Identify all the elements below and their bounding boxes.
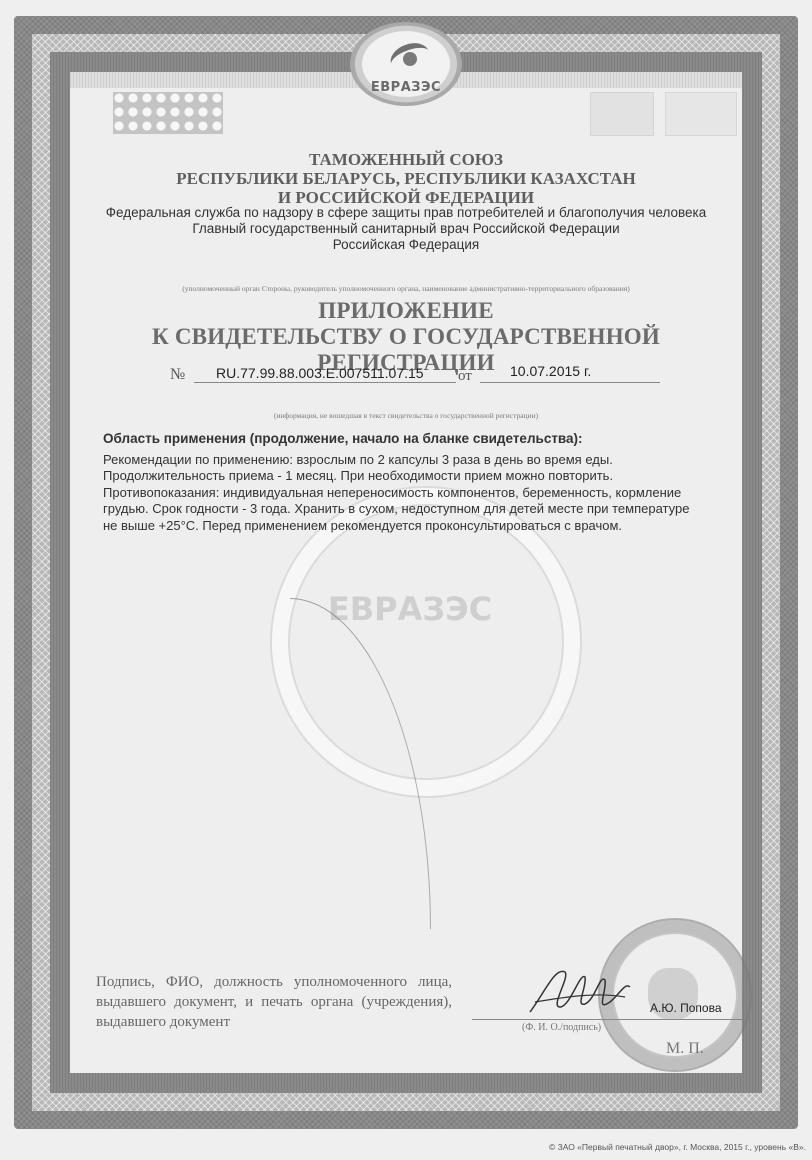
registration-number: RU.77.99.88.003.E.007511.07.15 bbox=[216, 365, 424, 381]
authority-line: Федеральная служба по надзору в сфере за… bbox=[70, 205, 742, 221]
union-line: РЕСПУБЛИКИ БЕЛАРУСЬ, РЕСПУБЛИКИ КАЗАХСТА… bbox=[70, 169, 742, 188]
registration-line: № RU.77.99.88.003.E.007511.07.15 от 10.0… bbox=[170, 365, 660, 385]
title-line: ПРИЛОЖЕНИЕ bbox=[70, 298, 742, 324]
scope-line: не выше +25°С. Перед применением рекомен… bbox=[103, 518, 743, 535]
scope-line: Рекомендации по применению: взрослым по … bbox=[103, 452, 743, 469]
number-sign: № bbox=[170, 366, 185, 384]
security-pattern-left bbox=[113, 92, 223, 134]
security-pattern-right bbox=[590, 92, 654, 136]
emblem-label: ЕВРАЗЭС bbox=[350, 80, 462, 95]
signature-caption: Подпись, ФИО, должность уполномоченного … bbox=[96, 972, 452, 1032]
authority-line: Главный государственный санитарный врач … bbox=[70, 221, 742, 237]
signature-underline bbox=[472, 1019, 742, 1020]
scope-heading: Область применения (продолжение, начало … bbox=[103, 431, 743, 448]
printer-note: © ЗАО «Первый печатный двор», г. Москва,… bbox=[549, 1142, 806, 1152]
scope-line: Продолжительность приема - 1 месяц. При … bbox=[103, 468, 743, 485]
authority-line: Российская Федерация bbox=[70, 237, 742, 253]
handwritten-signature bbox=[525, 962, 635, 1022]
from-label: от bbox=[458, 368, 472, 385]
signatory-name: А.Ю. Попова bbox=[650, 1001, 722, 1015]
name-caption: (Ф. И. О./подпись) bbox=[522, 1022, 601, 1033]
scope-line: Противопоказания: индивидуальная неперен… bbox=[103, 485, 743, 502]
scope-line: грудью. Срок годности - 3 года. Хранить … bbox=[103, 501, 743, 518]
emblem-globe-icon bbox=[403, 52, 417, 66]
security-pattern-right bbox=[665, 92, 737, 136]
number-underline bbox=[194, 382, 456, 383]
registration-caption: (информация, не вошедшая в текст свидете… bbox=[70, 411, 742, 420]
union-line: ТАМОЖЕННЫЙ СОЮЗ bbox=[70, 150, 742, 169]
seal-label: М. П. bbox=[666, 1040, 704, 1058]
union-heading: ТАМОЖЕННЫЙ СОЮЗ РЕСПУБЛИКИ БЕЛАРУСЬ, РЕС… bbox=[70, 150, 742, 207]
date-underline bbox=[480, 382, 660, 383]
authority-block: Федеральная служба по надзору в сфере за… bbox=[70, 205, 742, 253]
authority-caption: (уполномоченный орган Стороны, руководит… bbox=[70, 284, 742, 293]
registration-date: 10.07.2015 г. bbox=[510, 363, 591, 379]
scope-section: Область применения (продолжение, начало … bbox=[103, 431, 743, 534]
